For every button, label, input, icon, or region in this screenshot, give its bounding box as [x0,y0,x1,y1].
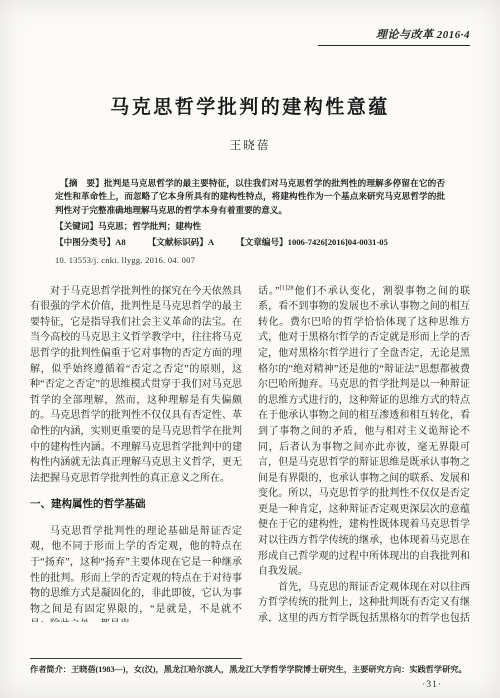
classification-line: 【中图分类号】A8 【文献标识码】A 【文章编号】1006-7426[2016]… [55,236,445,249]
paragraph-2-continued-pre: 话。” [258,286,280,297]
paragraph-2-continued-text: 他们不承认变化，割裂事物之间的联系，看不到事物的发展也不承认事物之间的相互转化。… [258,286,470,578]
author-name: 王晓蓓 [30,137,470,153]
footnote-area: 作者简介：王晓蓓(1983—)，女(汉)，黑龙江哈尔滨人，黑龙江大学哲学学院博士… [30,658,470,676]
article-title: 马克思哲学批判的建构性意蕴 [30,92,470,119]
doc-code-value: A [208,237,214,247]
article-body: 对于马克思哲学批判性的探究在今天依然具有很强的学术价值，批判性是马克思哲学的最主… [30,284,470,622]
keywords-line: 【关键词】马克思；哲学批判；建构性 [55,220,445,233]
page-number: ·31· [422,680,442,690]
citation-superscript: [1]28 [280,284,294,291]
author-bio-footnote: 作者简介：王晓蓓(1983—)，女(汉)，黑龙江哈尔滨人，黑龙江大学哲学学院博士… [30,664,470,676]
abstract-label: 【摘 要】 [60,178,104,188]
footnote-separator-rule [30,658,242,659]
keywords-value: 马克思；哲学批判；建构性 [98,221,201,231]
doi-text: 10. 13553/j. cnki. llygg. 2016. 04. 007 [55,254,445,267]
doc-code-item: 【文献标识码】A [148,236,214,249]
clc-value: A8 [115,237,126,247]
article-id-label: 【文章编号】 [236,237,288,247]
abstract-paragraph: 【摘 要】批判是马克思哲学的最主要特征，以往我们对马克思哲学的批判性的理解多停留… [55,177,445,217]
keywords-label: 【关键词】 [55,221,98,231]
section-heading-1: 一、建构属性的哲学基础 [30,497,242,513]
article-id-item: 【文章编号】1006-7426[2016]04-0031-05 [236,236,388,249]
scanned-paper-page: 理论与改革 2016·4 马克思哲学批判的建构性意蕴 王晓蓓 【摘 要】批判是马… [0,0,500,698]
body-paragraph-3: 首先，马克思的辩证否定观体现在对以往西方哲学传统的批判上，这种批判既有否定又有继… [258,580,470,622]
clc-item: 【中图分类号】A8 [55,236,126,249]
article-id-value: 1006-7426[2016]04-0031-05 [288,237,388,247]
abstract-text: 批判是马克思哲学的最主要特征，以往我们对马克思哲学的批判性的理解多停留在它的否定… [55,178,445,215]
body-left-column: 对于马克思哲学批判性的探究在今天依然具有很强的学术价值，批判性是马克思哲学的最主… [30,284,242,622]
doc-code-label: 【文献标识码】 [148,237,208,247]
body-paragraph-2: 马克思哲学批判性的理论基础是辩证否定观，他不同于形而上学的否定观，他的特点在于“… [30,524,242,622]
front-matter-block: 【摘 要】批判是马克思哲学的最主要特征，以往我们对马克思哲学的批判性的理解多停留… [55,177,445,267]
clc-label: 【中图分类号】 [55,237,115,247]
body-right-column: 话。”[1]28他们不承认变化，割裂事物之间的联系，看不到事物的发展也不承认事物… [258,284,470,622]
body-paragraph-1: 对于马克思哲学批判性的探究在今天依然具有很强的学术价值，批判性是马克思哲学的最主… [30,284,242,487]
body-paragraph-2-continued: 话。”[1]28他们不承认变化，割裂事物之间的联系，看不到事物的发展也不承认事物… [258,284,470,580]
journal-issue-header: 理论与改革 2016·4 [318,26,470,46]
